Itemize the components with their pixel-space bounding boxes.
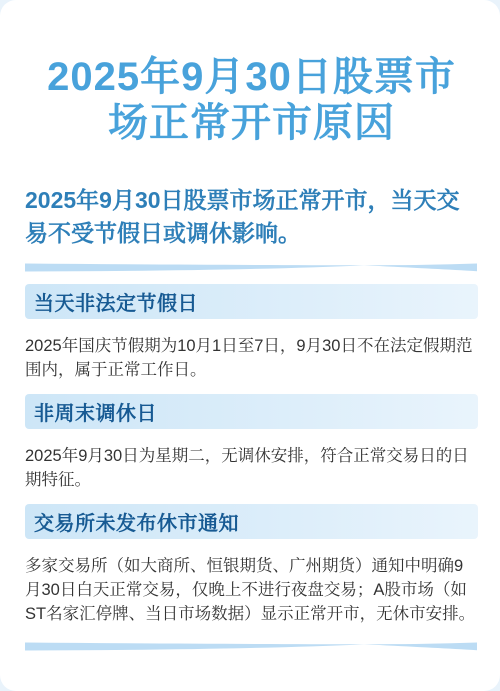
- section-heading: 交易所未发布休市通知: [25, 504, 478, 539]
- page-title: 2025年9月30日股票市 场正常开市原因: [25, 54, 478, 146]
- swoosh-divider-bottom: [25, 642, 477, 651]
- section-not-weekend-swap: 非周末调休日 2025年9月30日为星期二，无调休安排，符合正常交易日的日期特征…: [25, 394, 478, 492]
- swoosh-divider-icon: [25, 642, 477, 651]
- section-body: 2025年9月30日为星期二，无调休安排，符合正常交易日的日期特征。: [25, 444, 478, 492]
- page-title-line-2: 场正常开市原因: [25, 100, 478, 146]
- section-heading: 当天非法定节假日: [25, 284, 478, 319]
- section-not-legal-holiday: 当天非法定节假日 2025年国庆节假期为10月1日至7日，9月30日不在法定假期…: [25, 284, 478, 382]
- section-body: 2025年国庆节假期为10月1日至7日，9月30日不在法定假期范围内，属于正常工…: [25, 334, 478, 382]
- section-heading: 非周末调休日: [25, 394, 478, 429]
- swoosh-divider-icon: [25, 263, 477, 272]
- page-title-line-1: 2025年9月30日股票市: [25, 54, 478, 100]
- info-card: 2025年9月30日股票市 场正常开市原因 2025年9月30日股票市场正常开市…: [0, 0, 500, 691]
- section-body: 多家交易所（如大商所、恒银期货、广州期货）通知中明确9月30日白天正常交易，仅晚…: [25, 554, 478, 626]
- intro-statement: 2025年9月30日股票市场正常开市，当天交易不受节假日或调休影响。: [25, 184, 478, 250]
- section-no-closure-notice: 交易所未发布休市通知 多家交易所（如大商所、恒银期货、广州期货）通知中明确9月3…: [25, 504, 478, 626]
- swoosh-divider-top: [25, 263, 477, 272]
